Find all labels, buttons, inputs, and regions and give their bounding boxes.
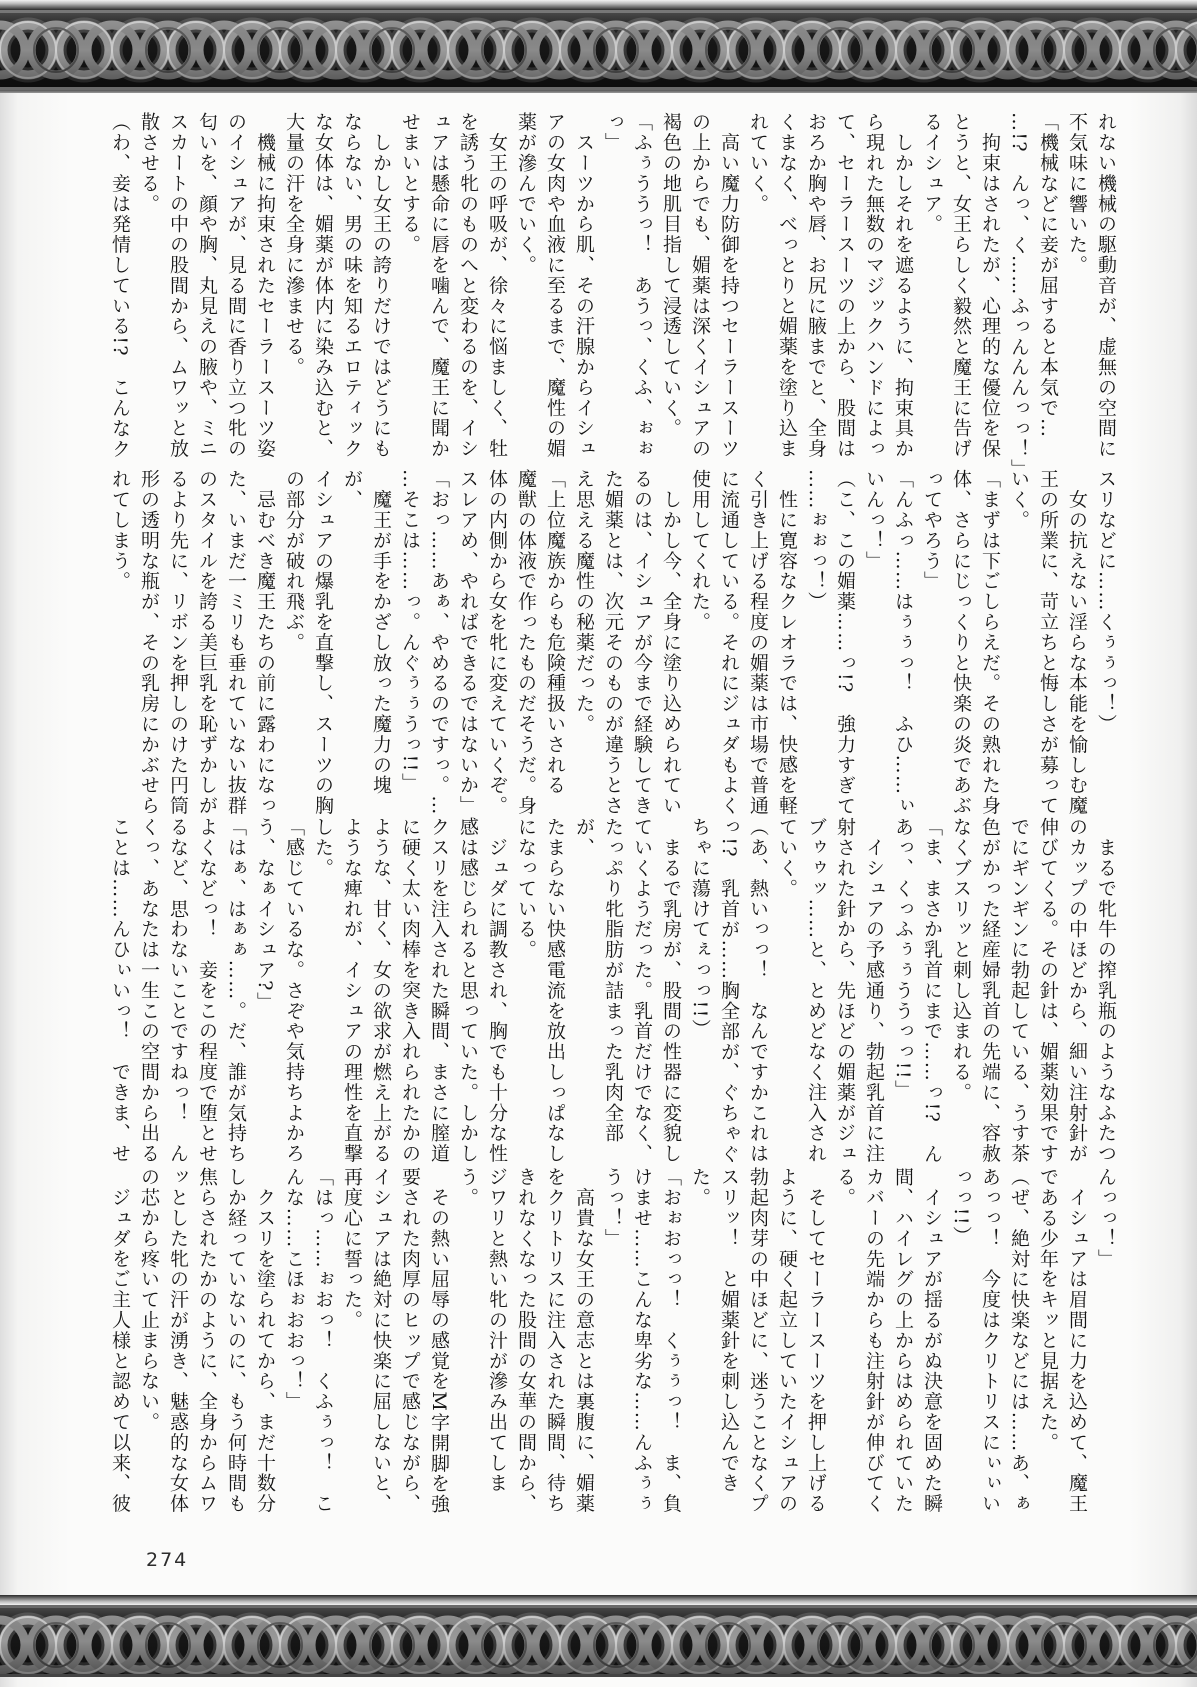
- text-column: 勃起肉芽の中ほどに、迷うことなくプ: [743, 1167, 772, 1525]
- text-column: う、なぁイシュア?」: [250, 817, 279, 1175]
- text-column: あっっ！ 今度はクリトリスにぃぃい: [975, 1167, 1004, 1525]
- text-column: るより先に、リボンを押しのけた円筒: [163, 469, 192, 827]
- text-column: くまなく、べっとりと媚薬を塗り込ま: [772, 112, 801, 470]
- text-column: 褐色の地肌目指して浸透していく。: [656, 112, 685, 470]
- text-column: である少年をキッと見据えた。: [1033, 1167, 1062, 1525]
- text-column: っっ!!）: [946, 1167, 975, 1525]
- text-column: イシュアは絶対に快楽に屈しないと、: [366, 1167, 395, 1525]
- text-column: 使用してくれた。: [685, 469, 714, 827]
- text-column: スーツから肌、その汗腺からイシュ: [569, 112, 598, 470]
- text-column: 間、ハイレグの上からはめられていた: [888, 1167, 917, 1525]
- text-column: た、いまだ一ミリも垂れていない抜群: [221, 469, 250, 827]
- text-column: 拘束はされたが、心理的な優位を保: [975, 112, 1004, 470]
- text-column: しかし女王の誇りだけではどうにも: [366, 112, 395, 470]
- text-column: れない機械の駆動音が、虚無の空間に: [1091, 112, 1120, 470]
- text-column: ちゃに蕩けてぇっっ!!）: [685, 817, 714, 1175]
- text-column: の芯から疼いて止まらない。: [134, 1167, 163, 1525]
- text-column: 性に寛容なクレオラでは、快感を軽: [772, 469, 801, 827]
- text-column: たまらない快感電流を放出しっぱなし: [540, 817, 569, 1175]
- text-column: カバーの先端からも注射針が伸びてく: [859, 1167, 888, 1525]
- text-column: の部分が破れ飛ぶ。: [279, 469, 308, 827]
- text-column: スカートの中の股間から、ムワッと放: [163, 112, 192, 470]
- text-column: の上からでも、媚薬は深くイシュアの: [685, 112, 714, 470]
- text-column: イシュアは眉間に力を込めて、魔王: [1062, 1167, 1091, 1525]
- text-band-4: んっっ！」 イシュアは眉間に力を込めて、魔王である少年をキッと見据えた。（ぜ、絶…: [105, 1167, 1120, 1525]
- text-column: おろか胸や唇、お尻に腋までと、全身: [801, 112, 830, 470]
- text-band-2: スリなどに……くぅぅっ！） 女の抗えない淫らな本能を愉しむ魔王の所業に、苛立ちと…: [105, 469, 1120, 827]
- metal-edge-top: [0, 0, 1197, 10]
- text-column: のイシュアが、見る間に香り立つ牝の: [221, 112, 250, 470]
- text-column: ッとした牝の汗が湧き、魅惑的な女体: [163, 1167, 192, 1525]
- text-band-3: まるで牝牛の搾乳瓶のようなふたつのカップの中ほどから、細い注射針が伸びてくる。そ…: [105, 817, 1120, 1175]
- text-column: しかし今、全身に塗り込められてい: [656, 469, 685, 827]
- text-column: 魔王が手をかざし放った魔力の塊が、: [337, 469, 395, 827]
- text-column: た媚薬とは、次元そのものが違うとさ: [598, 469, 627, 827]
- text-column: （ぜ、絶対に快楽などには……あ、ぁ: [1004, 1167, 1033, 1525]
- text-column: 大量の汗を全身に滲ませる。: [279, 112, 308, 470]
- text-column: アの女肉や血液に至るまで、魔性の媚: [540, 112, 569, 470]
- page-number: 274: [146, 1549, 188, 1571]
- text-column: クスリを注入された瞬間、まさに膣道: [424, 817, 453, 1175]
- text-column: 散させる。: [134, 112, 163, 470]
- text-column: 感は感じられると思っていた。しかし: [453, 817, 482, 1175]
- text-column: 「おぉおっっ！ くぅぅっ！ ま、負: [656, 1167, 685, 1525]
- text-column: 「機械などに妾が屈すると本気で…: [1033, 112, 1062, 470]
- text-column: 薬が滲んでいく。: [511, 112, 540, 470]
- text-column: 再度心に誓った。: [337, 1167, 366, 1525]
- text-column: けませ……こんな卑劣な……んふぅぅ: [627, 1167, 656, 1525]
- celtic-knot-border-bottom: [0, 1595, 1197, 1687]
- text-column: れていく。: [743, 112, 772, 470]
- text-column: 焦らされたかのように、全身からムワ: [192, 1167, 221, 1525]
- text-column: まるで牝牛の搾乳瓶のようなふたつ: [1091, 817, 1120, 1175]
- text-column: 体の内側から女を牝に変えていくぞ。: [482, 469, 511, 827]
- text-column: スレアめ、やればできるではないか」: [453, 469, 482, 827]
- text-column: きれなくなった股間の女華の間から、: [511, 1167, 540, 1525]
- text-column: のカップの中ほどから、細い注射針が: [1062, 817, 1091, 1175]
- text-column: くっ、あなたは一生この空間から出る: [134, 817, 163, 1175]
- text-column: まるで乳房が、股間の性器に変貌し: [656, 817, 685, 1175]
- text-column: （わ、妾は発情している!? こんなク: [105, 112, 134, 470]
- text-column: イシュアが揺るがぬ決意を固めた瞬: [917, 1167, 946, 1525]
- text-column: とうと、女王らしく毅然と魔王に告げ: [946, 112, 975, 470]
- text-column: な女体は、媚薬が体内に染み込むと、: [308, 112, 337, 470]
- text-column: ジュダに調教され、胸でも十分な性: [482, 817, 511, 1175]
- text-column: たっぷり牝脂肪が詰まった乳肉全部が、: [569, 817, 627, 1175]
- text-column: っ!? 乳首が……胸全部が、ぐちゃぐ: [714, 817, 743, 1175]
- text-column: ように、硬く起立していたイシュアの: [772, 1167, 801, 1525]
- text-column: よくなどっ！ 妾をこの程度で堕とせ: [192, 817, 221, 1175]
- text-column: イシュアの予感通り、勃起乳首に注: [859, 817, 888, 1175]
- text-column: 高い魔力防御を持つセーラースーツ: [714, 112, 743, 470]
- text-column: 女王の呼吸が、徐々に悩ましく、牡: [482, 112, 511, 470]
- text-column: ていくようだった。乳首だけでなく、: [627, 817, 656, 1175]
- text-column: イシュアの爆乳を直撃し、スーツの胸: [308, 469, 337, 827]
- text-column: 「上位魔族からも危険種扱いされる: [540, 469, 569, 827]
- text-column: 要された肉厚のヒップで感じながら、: [395, 1167, 424, 1525]
- text-column: …!? んっ、く……ふっんんんっっ！」: [1004, 112, 1033, 470]
- text-band-1: れない機械の駆動音が、虚無の空間に不気味に響いた。「機械などに妾が屈すると本気で…: [105, 112, 1120, 470]
- text-column: ュアは懸命に唇を噛んで、魔王に聞か: [424, 112, 453, 470]
- text-column: その熱い屈辱の感覚をM字開脚を強: [424, 1167, 453, 1525]
- text-column: れてしまう。: [105, 469, 134, 827]
- text-column: 形の透明な瓶が、その乳房にかぶせら: [134, 469, 163, 827]
- text-column: ような痺れが、イシュアの理性を直撃: [337, 817, 366, 1175]
- text-column: いんっ！」: [859, 469, 888, 827]
- text-column: いく。: [1004, 469, 1033, 827]
- text-column: あっ、くっふぅぅううっっ!!」: [888, 817, 917, 1175]
- text-column: （あ、熱いっっ！ なんですかこれは: [743, 817, 772, 1175]
- text-column: スリッ！ と媚薬針を刺し込んできた。: [685, 1167, 743, 1525]
- text-column: 忌むべき魔王たちの前に露わになっ: [250, 469, 279, 827]
- text-column: 「はぁ、はぁぁ……。だ、誰が気持ち: [221, 817, 250, 1175]
- text-column: ……ぉぉっ！）: [801, 469, 830, 827]
- text-column: 不気味に響いた。: [1062, 112, 1091, 470]
- text-column: ブゥゥッ……と、とめどなく注入され: [801, 817, 830, 1175]
- text-column: 匂いを、顔や胸、丸見えの腋や、ミニ: [192, 112, 221, 470]
- text-column: るのは、イシュアが今まで経験してき: [627, 469, 656, 827]
- text-column: なくブスリッと刺し込まれる。: [946, 817, 975, 1175]
- text-column: 「ま、まさか乳首にまで……っ!? ん: [917, 817, 946, 1175]
- text-column: ジワリと熱い牝の汁が滲み出てしまう。: [453, 1167, 511, 1525]
- metal-edge-bottom: [0, 1595, 1197, 1605]
- text-column: 体、さらにじっくりと快楽の炎であぶ: [946, 469, 975, 827]
- text-column: 女の抗えない淫らな本能を愉しむ魔: [1062, 469, 1091, 827]
- text-column: 「まずは下ごしらえだ。その熟れた身: [975, 469, 1004, 827]
- text-column: 「ふぅううっ！ あうっ、くふ、ぉぉっ」: [598, 112, 656, 470]
- text-column: クスリを塗られてから、まだ十数分: [250, 1167, 279, 1525]
- text-column: るイシュア。: [917, 112, 946, 470]
- text-column: 伸びてくる。その針は、媚薬効果です: [1033, 817, 1062, 1175]
- text-column: ような、甘く、女の欲求が燃え上がる: [366, 817, 395, 1175]
- celtic-knot-border-top: [0, 0, 1197, 103]
- text-column: しか経っていないのに、もう何時間も: [221, 1167, 250, 1525]
- text-column: て、セーラースーツの上から、股間は: [830, 112, 859, 470]
- knotwork-pattern-bottom: [0, 1605, 1197, 1677]
- text-column: を誘う牝のものへと変わるのを、イシ: [453, 112, 482, 470]
- text-column: に流通している。それにジュダもよく: [714, 469, 743, 827]
- text-column: ならない、男の味を知るエロティック: [337, 112, 366, 470]
- text-column: ていく。: [772, 817, 801, 1175]
- text-column: 王の所業に、苛立ちと悔しさが募って: [1033, 469, 1062, 827]
- text-column: る。: [830, 1167, 859, 1525]
- knotwork-pattern-top: [0, 10, 1197, 90]
- border-hairline-top: [0, 90, 1197, 93]
- text-column: スリなどに……くぅぅっ！）: [1091, 469, 1120, 827]
- text-column: （こ、この媚薬……っ!? 強力すぎて: [830, 469, 859, 827]
- text-column: をクリトリスに注入された瞬間、待ち: [540, 1167, 569, 1525]
- text-column: 高貴な女王の意志とは裏腹に、媚薬: [569, 1167, 598, 1525]
- text-column: した。: [308, 817, 337, 1175]
- text-column: 機械に拘束されたセーラースーツ姿: [250, 112, 279, 470]
- text-column: 射された針から、先ほどの媚薬がジュ: [830, 817, 859, 1175]
- text-column: うっ！」: [598, 1167, 627, 1525]
- text-column: く引き上げる程度の媚薬は市場で普通: [743, 469, 772, 827]
- text-column: 魔獣の体液で作ったものだそうだ。身: [511, 469, 540, 827]
- text-column: 「感じているな。さぞや気持ちよかろ: [279, 817, 308, 1175]
- book-page: { "page": { "number": "274", "decoration…: [0, 0, 1197, 1687]
- text-column: 「んふっ……はぅぅっ！ ふひ……ぃ: [888, 469, 917, 827]
- text-column: るなど、思わないことですねっ！ ん: [163, 817, 192, 1175]
- text-column: 「おっ……あぁ、やめるのですっ。…: [424, 469, 453, 827]
- text-column: ジュダをご主人様と認めて以来、彼: [105, 1167, 134, 1525]
- text-column: んっっ！」: [1091, 1167, 1120, 1525]
- text-column: ら現れた無数のマジックハンドによっ: [859, 112, 888, 470]
- text-column: でにギンギンに勃起している、うす茶: [1004, 817, 1033, 1175]
- text-column: そしてセーラースーツを押し上げる: [801, 1167, 830, 1525]
- text-column: え思える魔性の秘薬だった。: [569, 469, 598, 827]
- text-column: …そこは……っ。んぐぅぅうっ!!」: [395, 469, 424, 827]
- text-column: んな……こほぉおおっ！」: [279, 1167, 308, 1525]
- text-column: しかしそれを遮るように、拘束具か: [888, 112, 917, 470]
- text-column: に硬く太い肉棒を突き入れられたかの: [395, 817, 424, 1175]
- text-column: ってやろう」: [917, 469, 946, 827]
- text-column: 色がかった経産婦乳首の先端に、容赦: [975, 817, 1004, 1175]
- text-column: になっている。: [511, 817, 540, 1175]
- text-column: 「はっ……ぉおっ！ くふぅっ！ こ: [308, 1167, 337, 1525]
- text-column: のスタイルを誇る美巨乳を恥ずかしが: [192, 469, 221, 827]
- text-column: ことは……んひぃいっ！ できま、せ: [105, 817, 134, 1175]
- text-column: せまいとする。: [395, 112, 424, 470]
